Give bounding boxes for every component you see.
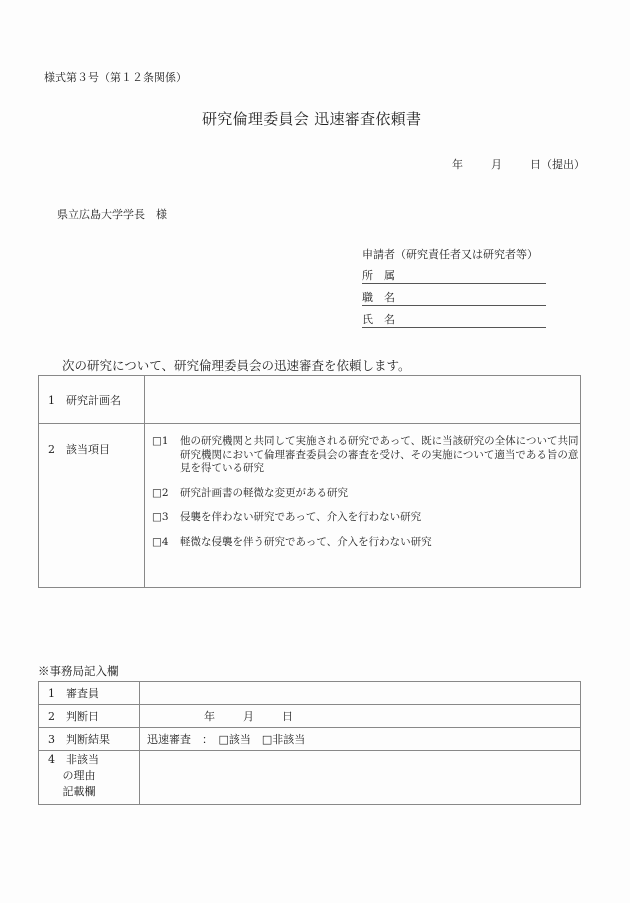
- applicable-items-label: 2 該当項目: [39, 424, 145, 588]
- page-title: 研究倫理委員会 迅速審査依頼書: [202, 108, 421, 129]
- affiliation-label: 所 属: [362, 267, 395, 283]
- name-field[interactable]: 氏 名: [362, 311, 546, 328]
- table-row: 2 該当項目 □1他の研究機関と共同して実施される研究であって、既に当該研究の全…: [39, 424, 581, 588]
- project-name-label: 1 研究計画名: [39, 376, 145, 424]
- addressee: 県立広島大学学長 様: [57, 206, 167, 222]
- table-row: 3 判断結果 迅速審査 ： □該当 □非該当: [39, 728, 581, 751]
- table-row: 2 判断日 年月日: [39, 705, 581, 728]
- date-year: 年: [452, 156, 463, 172]
- submission-date: 年月日（提出）: [452, 156, 585, 172]
- table-row: 1 研究計画名: [39, 376, 581, 424]
- option-2[interactable]: □2研究計画書の軽微な変更がある研究: [152, 487, 580, 501]
- form-number: 様式第３号（第１２条関係）: [44, 69, 187, 85]
- checkbox-1[interactable]: □1: [152, 435, 180, 476]
- option-2-text: 研究計画書の軽微な変更がある研究: [180, 487, 580, 501]
- checkbox-2[interactable]: □2: [152, 487, 180, 501]
- option-3-text: 侵襲を伴わない研究であって、介入を行わない研究: [180, 511, 580, 525]
- decision-result-label: 3 判断結果: [39, 728, 140, 751]
- checkbox-4[interactable]: □4: [152, 536, 180, 550]
- reviewer-field[interactable]: [140, 682, 581, 705]
- date-month: 月: [491, 156, 502, 172]
- applicable-items-cell: □1他の研究機関と共同して実施される研究であって、既に当該研究の全体について共同…: [145, 424, 581, 588]
- name-label: 氏 名: [362, 311, 395, 327]
- applicant-label: 申請者（研究責任者又は研究者等）: [362, 246, 538, 262]
- option-3[interactable]: □3侵襲を伴わない研究であって、介入を行わない研究: [152, 511, 580, 525]
- decision-date-label: 2 判断日: [39, 705, 140, 728]
- table-row: 4 非該当 の理由 記載欄: [39, 751, 581, 805]
- decision-month: 月: [243, 708, 254, 724]
- affiliation-field[interactable]: 所 属: [362, 267, 546, 284]
- request-table: 1 研究計画名 2 該当項目 □1他の研究機関と共同して実施される研究であって、…: [38, 375, 581, 588]
- office-table: 1 審査員 2 判断日 年月日 3 判断結果 迅速審査 ： □該当 □非該当 4…: [38, 681, 581, 805]
- project-name-field[interactable]: [145, 376, 581, 424]
- non-applicable-reason-field[interactable]: [140, 751, 581, 805]
- reviewer-label: 1 審査員: [39, 682, 140, 705]
- option-4-text: 軽微な侵襲を伴う研究であって、介入を行わない研究: [180, 536, 580, 550]
- decision-date-field[interactable]: 年月日: [140, 705, 581, 728]
- option-1[interactable]: □1他の研究機関と共同して実施される研究であって、既に当該研究の全体について共同…: [152, 435, 580, 476]
- position-label: 職 名: [362, 289, 395, 305]
- option-4[interactable]: □4軽微な侵襲を伴う研究であって、介入を行わない研究: [152, 536, 580, 550]
- intro-text: 次の研究について、研究倫理委員会の迅速審査を依頼します。: [62, 356, 411, 374]
- office-section-label: ※事務局記入欄: [38, 663, 119, 679]
- position-field[interactable]: 職 名: [362, 289, 546, 306]
- table-row: 1 審査員: [39, 682, 581, 705]
- non-applicable-reason-label: 4 非該当 の理由 記載欄: [39, 751, 140, 805]
- decision-result-field[interactable]: 迅速審査 ： □該当 □非該当: [140, 728, 581, 751]
- option-1-text: 他の研究機関と共同して実施される研究であって、既に当該研究の全体について共同研究…: [180, 435, 580, 476]
- checkbox-3[interactable]: □3: [152, 511, 180, 525]
- decision-year: 年: [204, 708, 215, 724]
- date-day: 日（提出）: [530, 156, 585, 172]
- decision-day: 日: [282, 708, 293, 724]
